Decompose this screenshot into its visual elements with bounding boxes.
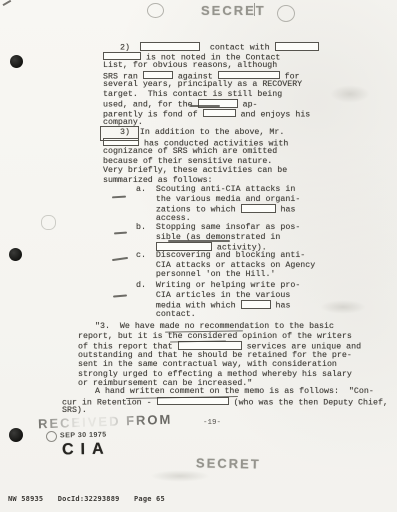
- redaction-box: [218, 71, 280, 80]
- text-line: several years, principally as a RECOVERY: [103, 80, 319, 90]
- text-segment: summarized as follows:: [103, 176, 213, 185]
- redaction-box: [241, 300, 271, 309]
- text-segment: "3. We have made no recommendation to th…: [95, 322, 334, 331]
- text-segment: c. Discovering and blocking anti-: [136, 251, 305, 260]
- redaction-box: [275, 42, 319, 51]
- text-line: used, and, for the ap-: [103, 99, 319, 109]
- text-line: List, for obvious reasons, although: [103, 61, 319, 71]
- text-segment: CIA attacks or attacks on Agency: [136, 261, 315, 270]
- footer-nw-number: NW 58935: [8, 495, 43, 503]
- cia-stamp: CIA: [62, 441, 111, 460]
- text-segment: several years, principally as a RECOVERY: [103, 80, 302, 89]
- punch-hole-dot-3: [9, 428, 23, 442]
- text-line: summarized as follows:: [103, 176, 288, 186]
- text-segment: CIA articles in the various: [136, 291, 290, 300]
- text-line: A hand written comment on the memo is as…: [62, 387, 388, 397]
- empty-stamp-box: [100, 126, 139, 141]
- text-segment: contact.: [136, 310, 196, 319]
- text-line: is not noted in the Contact: [103, 52, 319, 62]
- paragraph: a. Scouting anti-CIA attacks in the vari…: [136, 185, 300, 223]
- paragraph: d. Writing or helping write pro- CIA art…: [136, 281, 300, 319]
- text-segment: d. Writing or helping write pro-: [136, 281, 300, 290]
- text-segment: b. Stopping same insofar as pos-: [136, 223, 300, 232]
- text-segment: sent in the same contractual way, with c…: [78, 360, 337, 369]
- text-segment: because of their sensitive nature.: [103, 157, 272, 166]
- classification-stamp-top: SECRET: [201, 3, 266, 18]
- text-line: zations to which has: [136, 204, 300, 214]
- text-line: sent in the same contractual way, with c…: [78, 360, 361, 370]
- text-line: strongly urged to effecting a method whe…: [78, 370, 361, 380]
- text-line: of this report that services are unique …: [78, 341, 361, 351]
- paragraph: c. Discovering and blocking anti- CIA at…: [136, 251, 315, 280]
- text-line: personnel 'on the Hill.': [136, 270, 315, 280]
- punch-hole-outline-top-right: [277, 5, 295, 22]
- footer-doc-id: DocId:32293889: [58, 495, 120, 503]
- text-segment: cognizance of SRS which are omitted: [103, 147, 277, 156]
- handwritten-underline: [168, 240, 230, 242]
- date-stamp-circle: [46, 431, 57, 442]
- text-line: CIA attacks or attacks on Agency: [136, 261, 315, 271]
- date-stamp: SEP 30 1975: [60, 432, 107, 440]
- text-line: Very briefly, these activities can be: [103, 166, 288, 176]
- text-segment: (who was the then Deputy Chief,: [229, 398, 388, 407]
- punch-hole-outline-top-left: [147, 3, 164, 18]
- text-segment: Very briefly, these activities can be: [103, 166, 287, 175]
- text-line: outstanding and that he should be retain…: [78, 351, 361, 361]
- text-segment: has: [271, 302, 291, 311]
- margin-tick-mark: [113, 294, 127, 297]
- redaction-box: [203, 109, 236, 118]
- text-segment: A hand written comment on the memo is as…: [95, 387, 374, 396]
- text-line: because of their sensitive nature.: [103, 157, 288, 167]
- redaction-box: [103, 52, 141, 61]
- paragraph: A hand written comment on the memo is as…: [62, 387, 388, 416]
- paragraph: "3. We have made no recommendation to th…: [78, 322, 361, 389]
- text-line: media with which has: [136, 300, 300, 310]
- text-line: b. Stopping same insofar as pos-: [136, 223, 300, 233]
- footer-page-label: Page 65: [134, 495, 165, 503]
- page-number: -19-: [203, 419, 221, 427]
- text-line: SRS ran against for: [103, 71, 319, 81]
- scan-corner-mark: [0, 0, 11, 6]
- scan-smudge: [320, 300, 366, 314]
- margin-tick-mark: [112, 257, 128, 261]
- archive-footer: NW 58935 DocId:32293889 Page 65: [8, 495, 175, 503]
- text-segment: and enjoys his: [236, 110, 311, 119]
- redaction-box: [178, 341, 242, 350]
- scan-smudge: [150, 470, 210, 482]
- punch-hole-dot-2: [9, 248, 22, 261]
- text-segment: SRS).: [62, 406, 87, 415]
- text-line: CIA articles in the various: [136, 291, 300, 301]
- text-line: cur in Retention - (who was the then Dep…: [62, 397, 388, 407]
- punch-hole-dot-1: [10, 55, 23, 68]
- text-segment: 3) In addition to the above, Mr.: [120, 128, 284, 137]
- handwritten-underline: [190, 105, 220, 107]
- margin-tick-mark: [114, 232, 127, 234]
- text-line: c. Discovering and blocking anti-: [136, 251, 315, 261]
- scan-smudge: [330, 85, 370, 103]
- text-line: 2) contact with: [103, 42, 319, 52]
- text-line: d. Writing or helping write pro-: [136, 281, 300, 291]
- text-line: report, but it is the considered opinion…: [78, 332, 361, 342]
- text-line: the various media and organi-: [136, 195, 300, 205]
- classification-stamp-bottom: SECRET: [196, 455, 261, 471]
- text-segment: target. This contact is still being: [103, 90, 282, 99]
- faint-circle-mark: [41, 215, 56, 230]
- redaction-box: [241, 204, 276, 213]
- text-segment: the various media and organi-: [136, 195, 300, 204]
- received-from-stamp: RECEIVED FROM: [38, 412, 173, 432]
- text-segment: strongly urged to effecting a method whe…: [78, 370, 352, 379]
- text-segment: outstanding and that he should be retain…: [78, 351, 352, 360]
- margin-tick-mark: [112, 196, 126, 198]
- text-line: cognizance of SRS which are omitted: [103, 147, 288, 157]
- text-segment: has: [276, 206, 296, 215]
- text-line: target. This contact is still being: [103, 90, 319, 100]
- text-segment: personnel 'on the Hill.': [136, 270, 275, 279]
- text-segment: List, for obvious reasons, although: [103, 61, 277, 70]
- paragraph: b. Stopping same insofar as pos- sible (…: [136, 223, 300, 252]
- text-line: a. Scouting anti-CIA attacks in: [136, 185, 300, 195]
- text-segment: access.: [136, 214, 191, 223]
- redaction-box: [143, 71, 173, 80]
- redaction-box: [156, 242, 212, 251]
- redaction-box: [140, 42, 200, 51]
- stamp-artifact-line-top: [254, 3, 255, 16]
- text-segment: a. Scouting anti-CIA attacks in: [136, 185, 295, 194]
- text-segment: report, but it is the considered opinion…: [78, 332, 352, 341]
- paragraph: 2) contact with is not noted in the Cont…: [103, 42, 319, 128]
- text-line: parently is fond of and enjoys his: [103, 109, 319, 119]
